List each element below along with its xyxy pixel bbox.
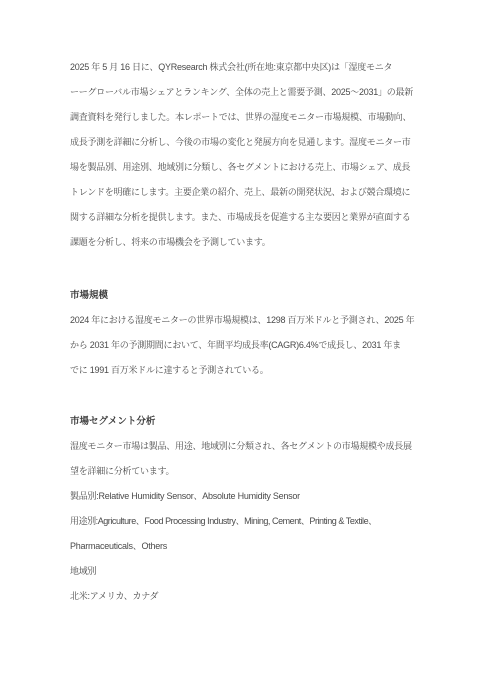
section-heading-market-size: 市場規模 xyxy=(70,283,412,308)
paragraph-line: 望を詳細に分析ています。 xyxy=(70,459,412,484)
paragraph-line: 成長予測を詳細に分析し、今後の市場の変化と発展方向を見通します。湿度モニター市 xyxy=(70,130,412,155)
segment-region-label: 地域別 xyxy=(70,559,412,584)
segment-products-line: 製品別:Relative Humidity Sensor、Absolute Hu… xyxy=(70,484,412,509)
section-heading-segment-analysis: 市場セグメント分析 xyxy=(70,409,412,434)
paragraph-line: 場を製品別、用途別、地域別に分類し、各セグメントにおける売上、市場シェア、成長 xyxy=(70,155,412,180)
segment-applications-line: 用途別:Agriculture、Food Processing Industry… xyxy=(70,509,412,534)
document-page: 2025 年 5 月 16 日に、QYResearch 株式会社(所在地:東京都… xyxy=(0,0,480,678)
paragraph-line: 課題を分析し、将来の市場機会を予測しています。 xyxy=(70,230,412,255)
segment-analysis-section: 市場セグメント分析 湿度モニター市場は製品、用途、地域別に分類され、各セグメント… xyxy=(70,409,412,609)
segment-region-line: 北米:アメリカ、カナダ xyxy=(70,584,412,609)
paragraph-line: 調査資料を発行しました。本レポートでは、世界の湿度モニター市場規模、市場動向、 xyxy=(70,105,412,130)
paragraph-line: 2025 年 5 月 16 日に、QYResearch 株式会社(所在地:東京都… xyxy=(70,55,412,80)
paragraph-line: 関する詳細な分析を提供します。また、市場成長を促進する主な要因と業界が直面する xyxy=(70,205,412,230)
paragraph-line: から 2031 年の予測期間において、年間平均成長率(CAGR)6.4%で成長し… xyxy=(70,333,412,358)
paragraph-line: トレンドを明確にします。主要企業の紹介、売上、最新の開発状況、および競合環境に xyxy=(70,180,412,205)
document-content: 2025 年 5 月 16 日に、QYResearch 株式会社(所在地:東京都… xyxy=(0,0,412,609)
market-size-section: 市場規模 2024 年における湿度モニターの世界市場規模は、1298 百万米ドル… xyxy=(70,283,412,383)
paragraph-line: ーーグローバル市場シェアとランキング、全体の売上と需要予測、2025〜2031」… xyxy=(70,80,412,105)
intro-paragraph: 2025 年 5 月 16 日に、QYResearch 株式会社(所在地:東京都… xyxy=(70,55,412,255)
paragraph-line: でに 1991 百万米ドルに達すると予測されている。 xyxy=(70,358,412,383)
paragraph-line: 2024 年における湿度モニターの世界市場規模は、1298 百万米ドルと予測され… xyxy=(70,308,412,333)
segment-applications-line: Pharmaceuticals、Others xyxy=(70,534,412,559)
paragraph-line: 湿度モニター市場は製品、用途、地域別に分類され、各セグメントの市場規模や成長展 xyxy=(70,434,412,459)
